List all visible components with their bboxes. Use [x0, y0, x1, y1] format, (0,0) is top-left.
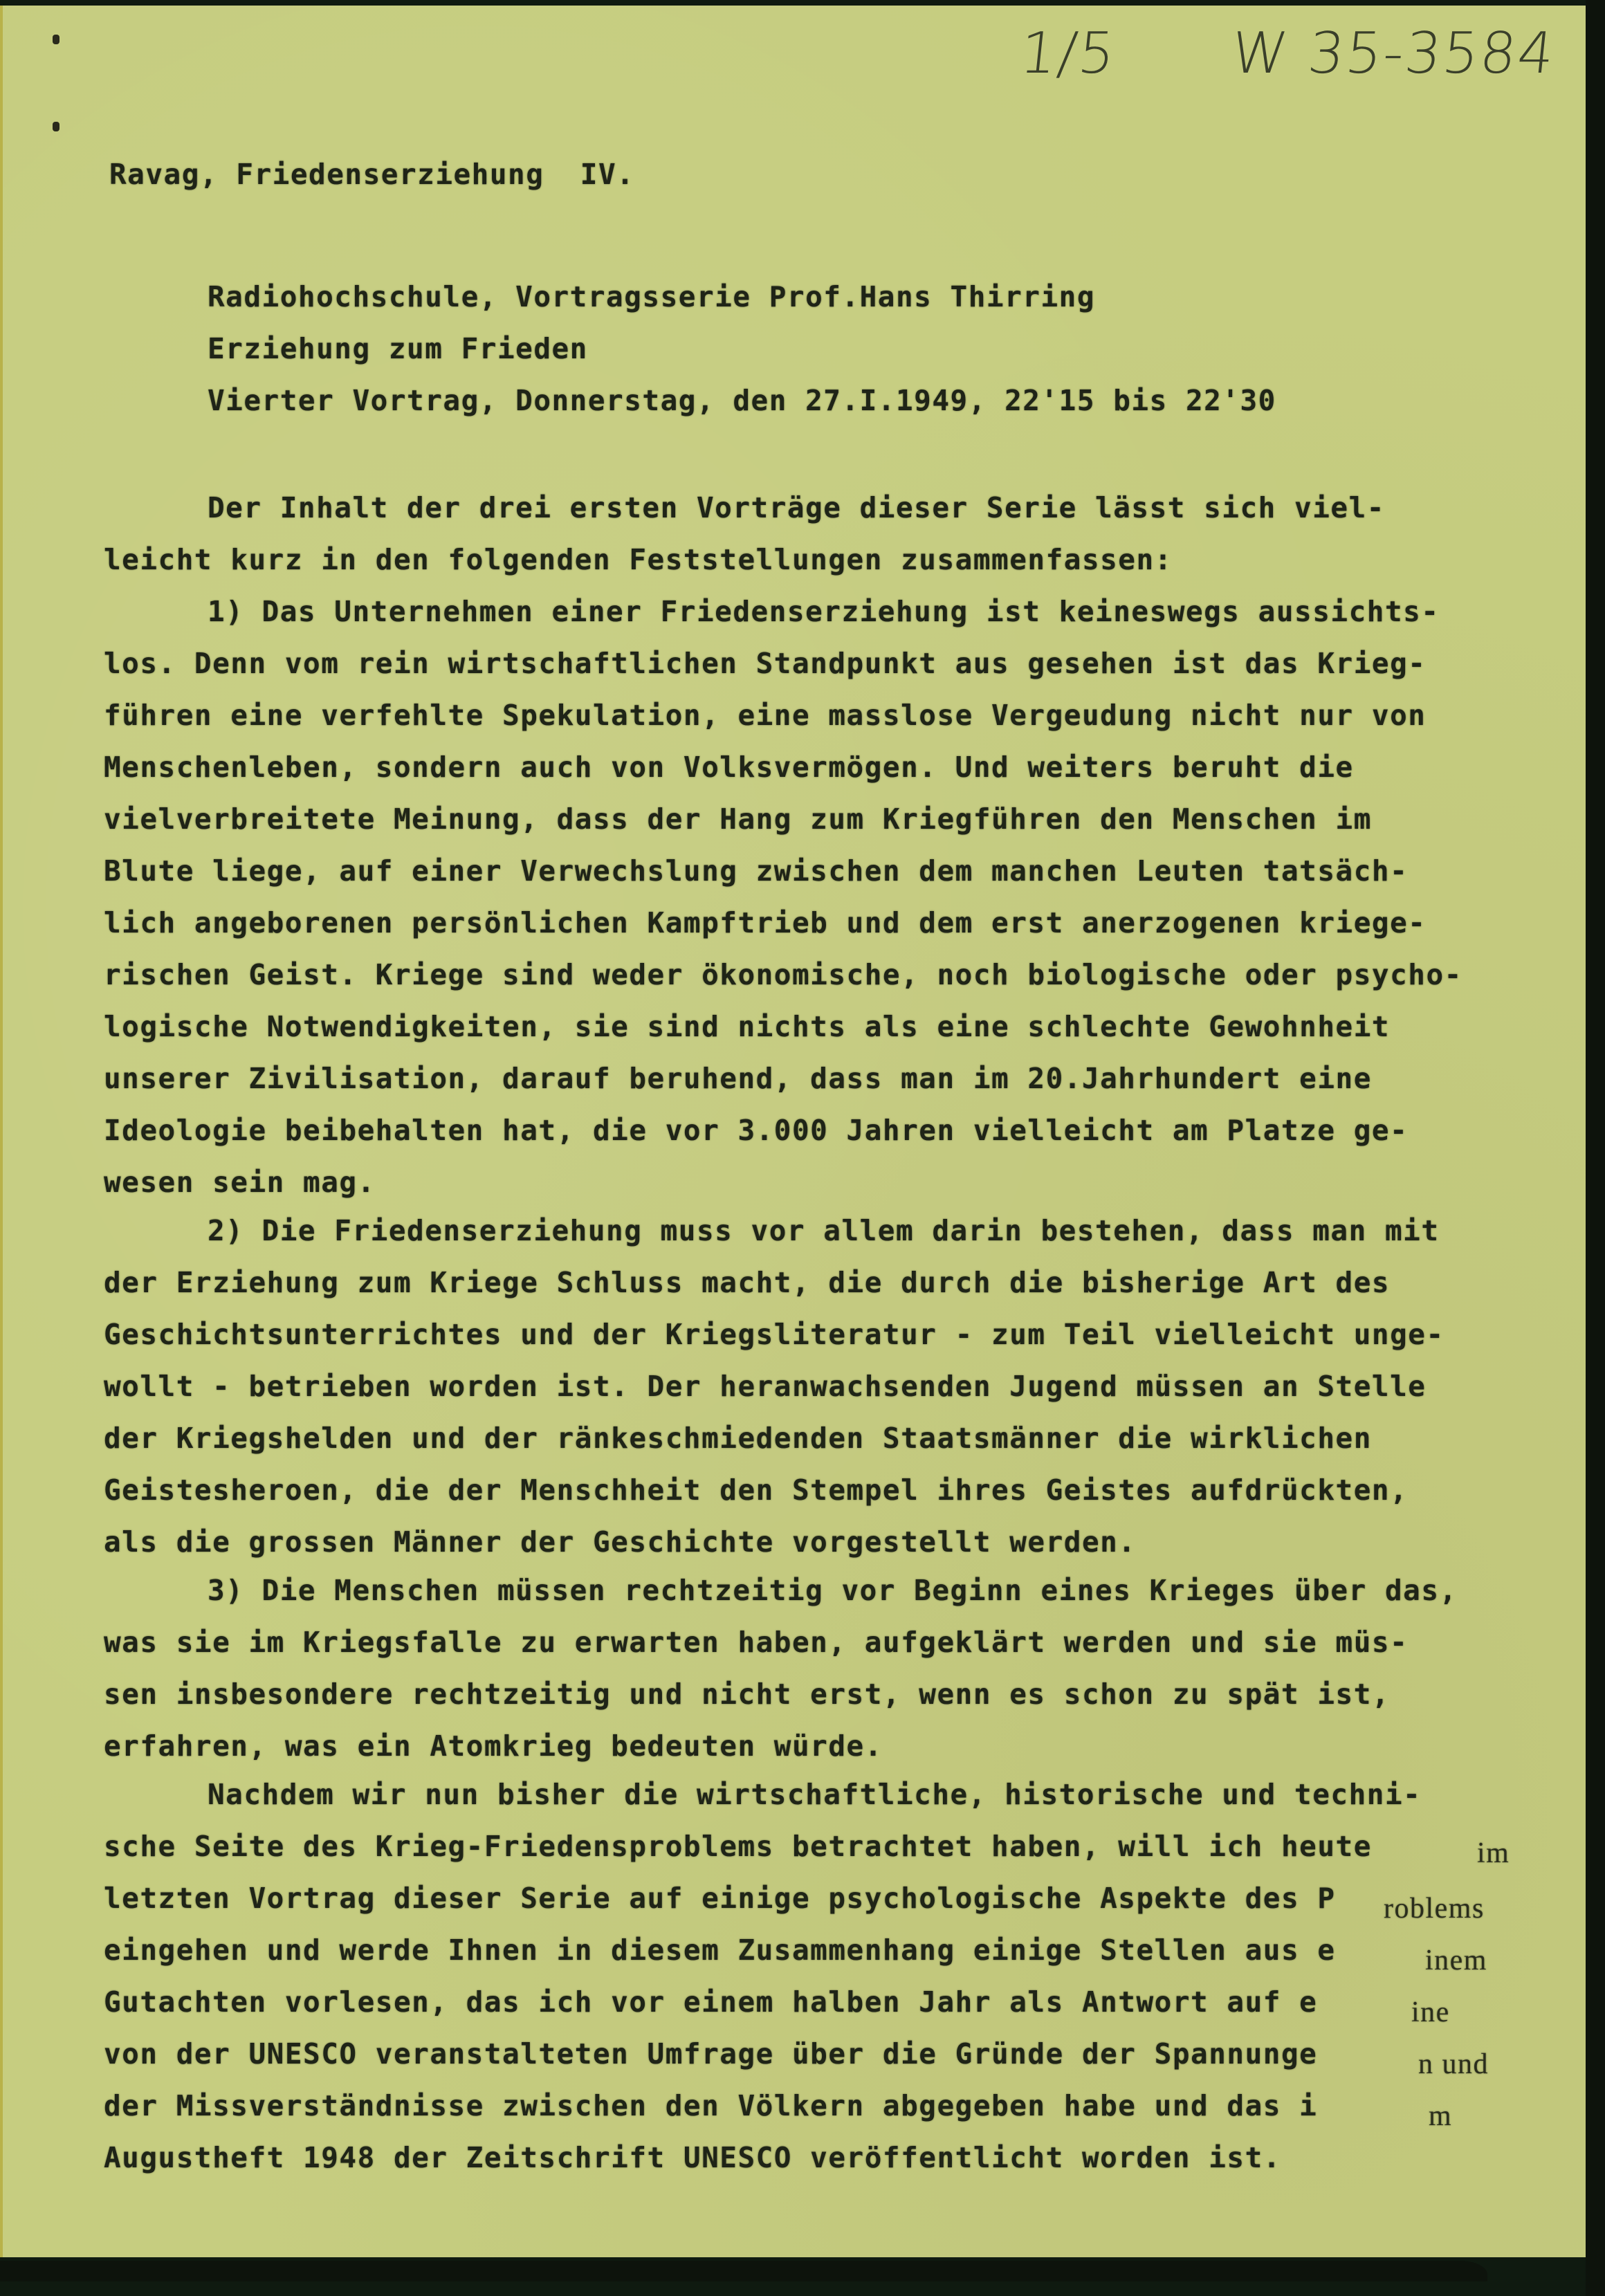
body-line: leicht kurz in den folgenden Feststellun…	[104, 543, 1173, 576]
margin-addition: inem	[1425, 1944, 1487, 1977]
body-line: Gutachten vorlesen, das ich vor einem ha…	[104, 1985, 1317, 2019]
body-line: wesen sein mag.	[104, 1166, 376, 1199]
body-line: Ideologie beibehalten hat, die vor 3.000…	[104, 1114, 1408, 1147]
lecture-series-line: Radiohochschule, Vortragsserie Prof.Hans…	[208, 280, 1095, 313]
margin-addition: m	[1429, 2100, 1452, 2133]
body-line: Geistesheroen, die der Menschheit den St…	[104, 1473, 1408, 1507]
margin-addition: im	[1477, 1837, 1510, 1870]
body-line: sen insbesondere rechtzeitig und nicht e…	[104, 1678, 1390, 1711]
body-line: rischen Geist. Kriege sind weder ökonomi…	[104, 958, 1462, 991]
body-line: als die grossen Männer der Geschichte vo…	[104, 1525, 1137, 1559]
lecture-date-line: Vierter Vortrag, Donnerstag, den 27.I.19…	[208, 384, 1276, 417]
body-line: Der Inhalt der drei ersten Vorträge dies…	[208, 491, 1385, 524]
body-line: wollt - betrieben worden ist. Der heranw…	[104, 1370, 1426, 1403]
body-line: Menschenleben, sondern auch von Volksver…	[104, 751, 1354, 784]
body-line: was sie im Kriegsfalle zu erwarten haben…	[104, 1626, 1408, 1659]
body-line: vielverbreitete Meinung, dass der Hang z…	[104, 802, 1372, 836]
body-line: 3) Die Menschen müssen rechtzeitig vor B…	[208, 1574, 1458, 1607]
scan-border-bottom	[0, 2261, 1487, 2281]
margin-addition: roblems	[1384, 1892, 1485, 1925]
body-line: sche Seite des Krieg-Friedensproblems be…	[104, 1830, 1372, 1863]
typewritten-text: Ravag, Friedenserziehung IV. Radiohochsc…	[0, 0, 1605, 1627]
body-line: erfahren, was ein Atomkrieg bedeuten wür…	[104, 1729, 883, 1763]
body-line: der Erziehung zum Kriege Schluss macht, …	[104, 1266, 1390, 1299]
body-line: los. Denn vom rein wirtschaftlichen Stan…	[104, 647, 1426, 680]
body-line: eingehen und werde Ihnen in diesem Zusam…	[104, 1934, 1336, 1967]
body-line: letzten Vortrag dieser Serie auf einige …	[104, 1882, 1336, 1915]
body-line: von der UNESCO veranstalteten Umfrage üb…	[104, 2037, 1317, 2070]
body-line: Nachdem wir nun bisher die wirtschaftlic…	[208, 1778, 1421, 1811]
margin-addition: n und	[1418, 2048, 1489, 2081]
body-line: der Missverständnisse zwischen den Völke…	[104, 2089, 1317, 2122]
document-reference: Ravag, Friedenserziehung IV.	[109, 158, 634, 191]
body-line: unserer Zivilisation, darauf beruhend, d…	[104, 1062, 1372, 1095]
body-line: logische Notwendigkeiten, sie sind nicht…	[104, 1010, 1390, 1043]
body-line: Blute liege, auf einer Verwechslung zwis…	[104, 854, 1408, 888]
lecture-title: Erziehung zum Frieden	[208, 332, 588, 365]
body-line: 2) Die Friedenserziehung muss vor allem …	[208, 1214, 1440, 1247]
body-line: führen eine verfehlte Spekulation, eine …	[104, 699, 1426, 732]
body-line: der Kriegshelden und der ränkeschmiedend…	[104, 1422, 1372, 1455]
body-line: 1) Das Unternehmen einer Friedenserziehu…	[208, 595, 1440, 628]
margin-addition: ine	[1411, 1996, 1450, 2029]
body-line: Augustheft 1948 der Zeitschrift UNESCO v…	[104, 2141, 1281, 2174]
body-line: Geschichtsunterrichtes und der Kriegslit…	[104, 1318, 1444, 1351]
body-line: lich angeborenen persönlichen Kampftrieb…	[104, 906, 1426, 939]
